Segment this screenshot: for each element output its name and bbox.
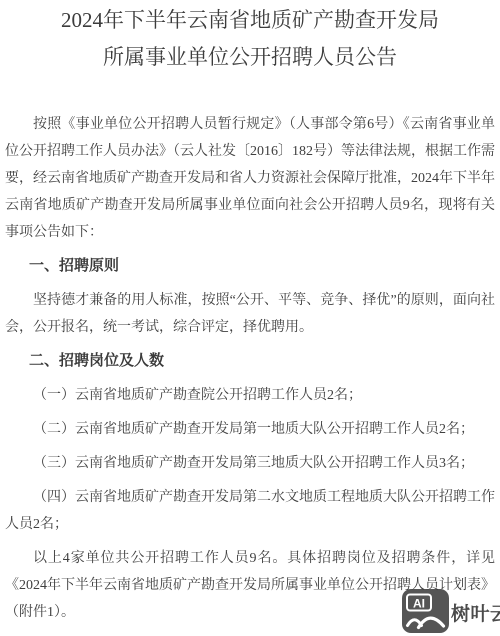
section-heading: 二、招聘岗位及人数 bbox=[5, 348, 495, 375]
document-body: 按照《事业单位公开招聘人员暂行规定》（人事部令第6号）《云南省事业单位公开招聘工… bbox=[5, 111, 495, 626]
watermark: AI 树叶云 bbox=[402, 589, 498, 634]
paragraph: （一）云南省地质矿产勘查院公开招聘工作人员2名； bbox=[5, 382, 495, 409]
paragraph: （二）云南省地质矿产勘查开发局第一地质大队公开招聘工作人员2名； bbox=[5, 416, 495, 443]
ai-image-logo-icon: AI bbox=[402, 589, 449, 636]
section-heading: 一、招聘原则 bbox=[5, 253, 495, 280]
watermark-brand: 树叶云 bbox=[451, 599, 500, 626]
paragraph: （三）云南省地质矿产勘查开发局第三地质大队公开招聘工作人员3名； bbox=[5, 450, 495, 477]
paragraph: （四）云南省地质矿产勘查开发局第二水文地质工程地质大队公开招聘工作人员2名； bbox=[5, 484, 495, 538]
paragraph: 坚持德才兼备的用人标准，按照“公开、平等、竞争、择优”的原则，面向社会，公开报名… bbox=[5, 287, 495, 341]
document-title-line2: 所属事业单位公开招聘人员公告 bbox=[5, 39, 495, 76]
document-title: 2024年下半年云南省地质矿产勘查开发局 所属事业单位公开招聘人员公告 bbox=[5, 2, 495, 76]
paragraph: 按照《事业单位公开招聘人员暂行规定》（人事部令第6号）《云南省事业单位公开招聘工… bbox=[5, 111, 495, 246]
announcement-document: 2024年下半年云南省地质矿产勘查开发局 所属事业单位公开招聘人员公告 按照《事… bbox=[0, 0, 500, 636]
document-title-line1: 2024年下半年云南省地质矿产勘查开发局 bbox=[5, 2, 495, 39]
ai-logo-label: AI bbox=[413, 597, 425, 611]
